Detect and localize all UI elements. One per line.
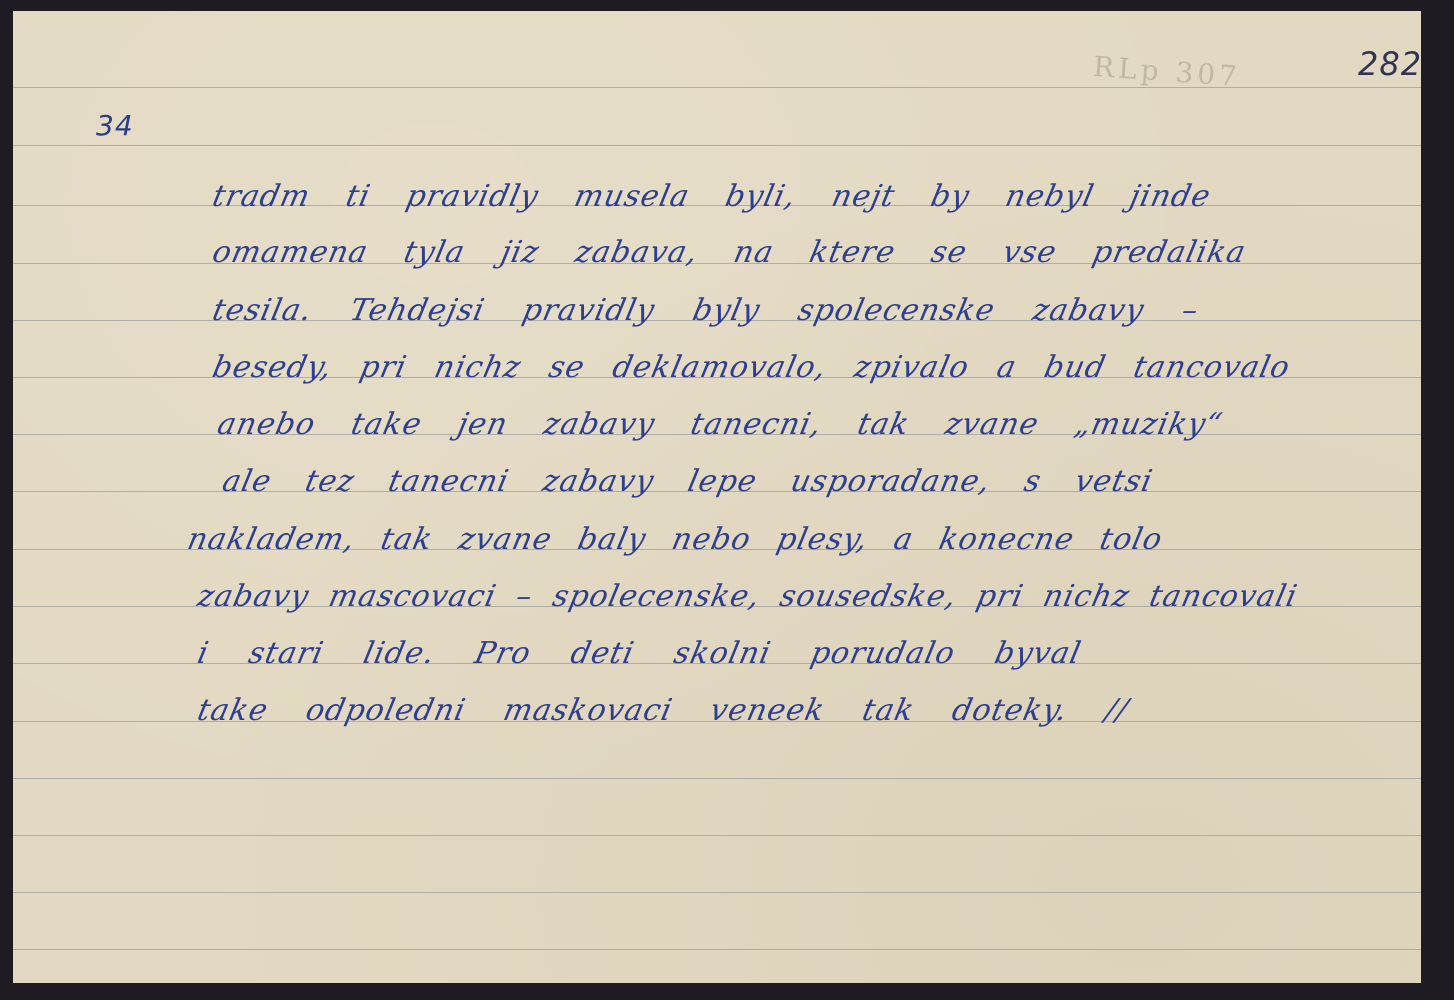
scanned-document: RLp 307 282 34 tradm ti pravidly musela …: [0, 0, 1454, 1000]
index-card: RLp 307 282 34 tradm ti pravidly musela …: [13, 11, 1421, 983]
ruled-line: [13, 145, 1421, 146]
ruled-line: [13, 778, 1421, 779]
page-number: 282: [1358, 45, 1421, 83]
text-line-1: tradm ti pravidly musela byli, nejt by n…: [209, 179, 1214, 214]
text-line-5: anebo take jen zabavy tanecni, tak zvane…: [214, 407, 1226, 442]
text-line-7: nakladem, tak zvane baly nebo plesy, a k…: [184, 522, 1166, 557]
text-line-3: tesila. Tehdejsi pravidly byly spolecens…: [209, 293, 1202, 328]
text-line-9: i stari lide. Pro deti skolni porudalo b…: [194, 636, 1084, 671]
text-line-6: ale tez tanecni zabavy lepe usporadane, …: [219, 464, 1156, 499]
ruled-line: [13, 835, 1421, 836]
section-number: 34: [96, 109, 134, 142]
text-line-2: omamena tyla jiz zabava, na ktere se vse…: [209, 235, 1249, 270]
text-line-4: besedy, pri nichz se deklamovalo, zpival…: [209, 350, 1293, 385]
text-line-10: take odpoledni maskovaci veneek tak dote…: [194, 693, 1132, 728]
ruled-line: [13, 949, 1421, 950]
text-line-8: zabavy mascovaci – spolecenske, sousedsk…: [194, 579, 1301, 614]
ruled-line: [13, 892, 1421, 893]
